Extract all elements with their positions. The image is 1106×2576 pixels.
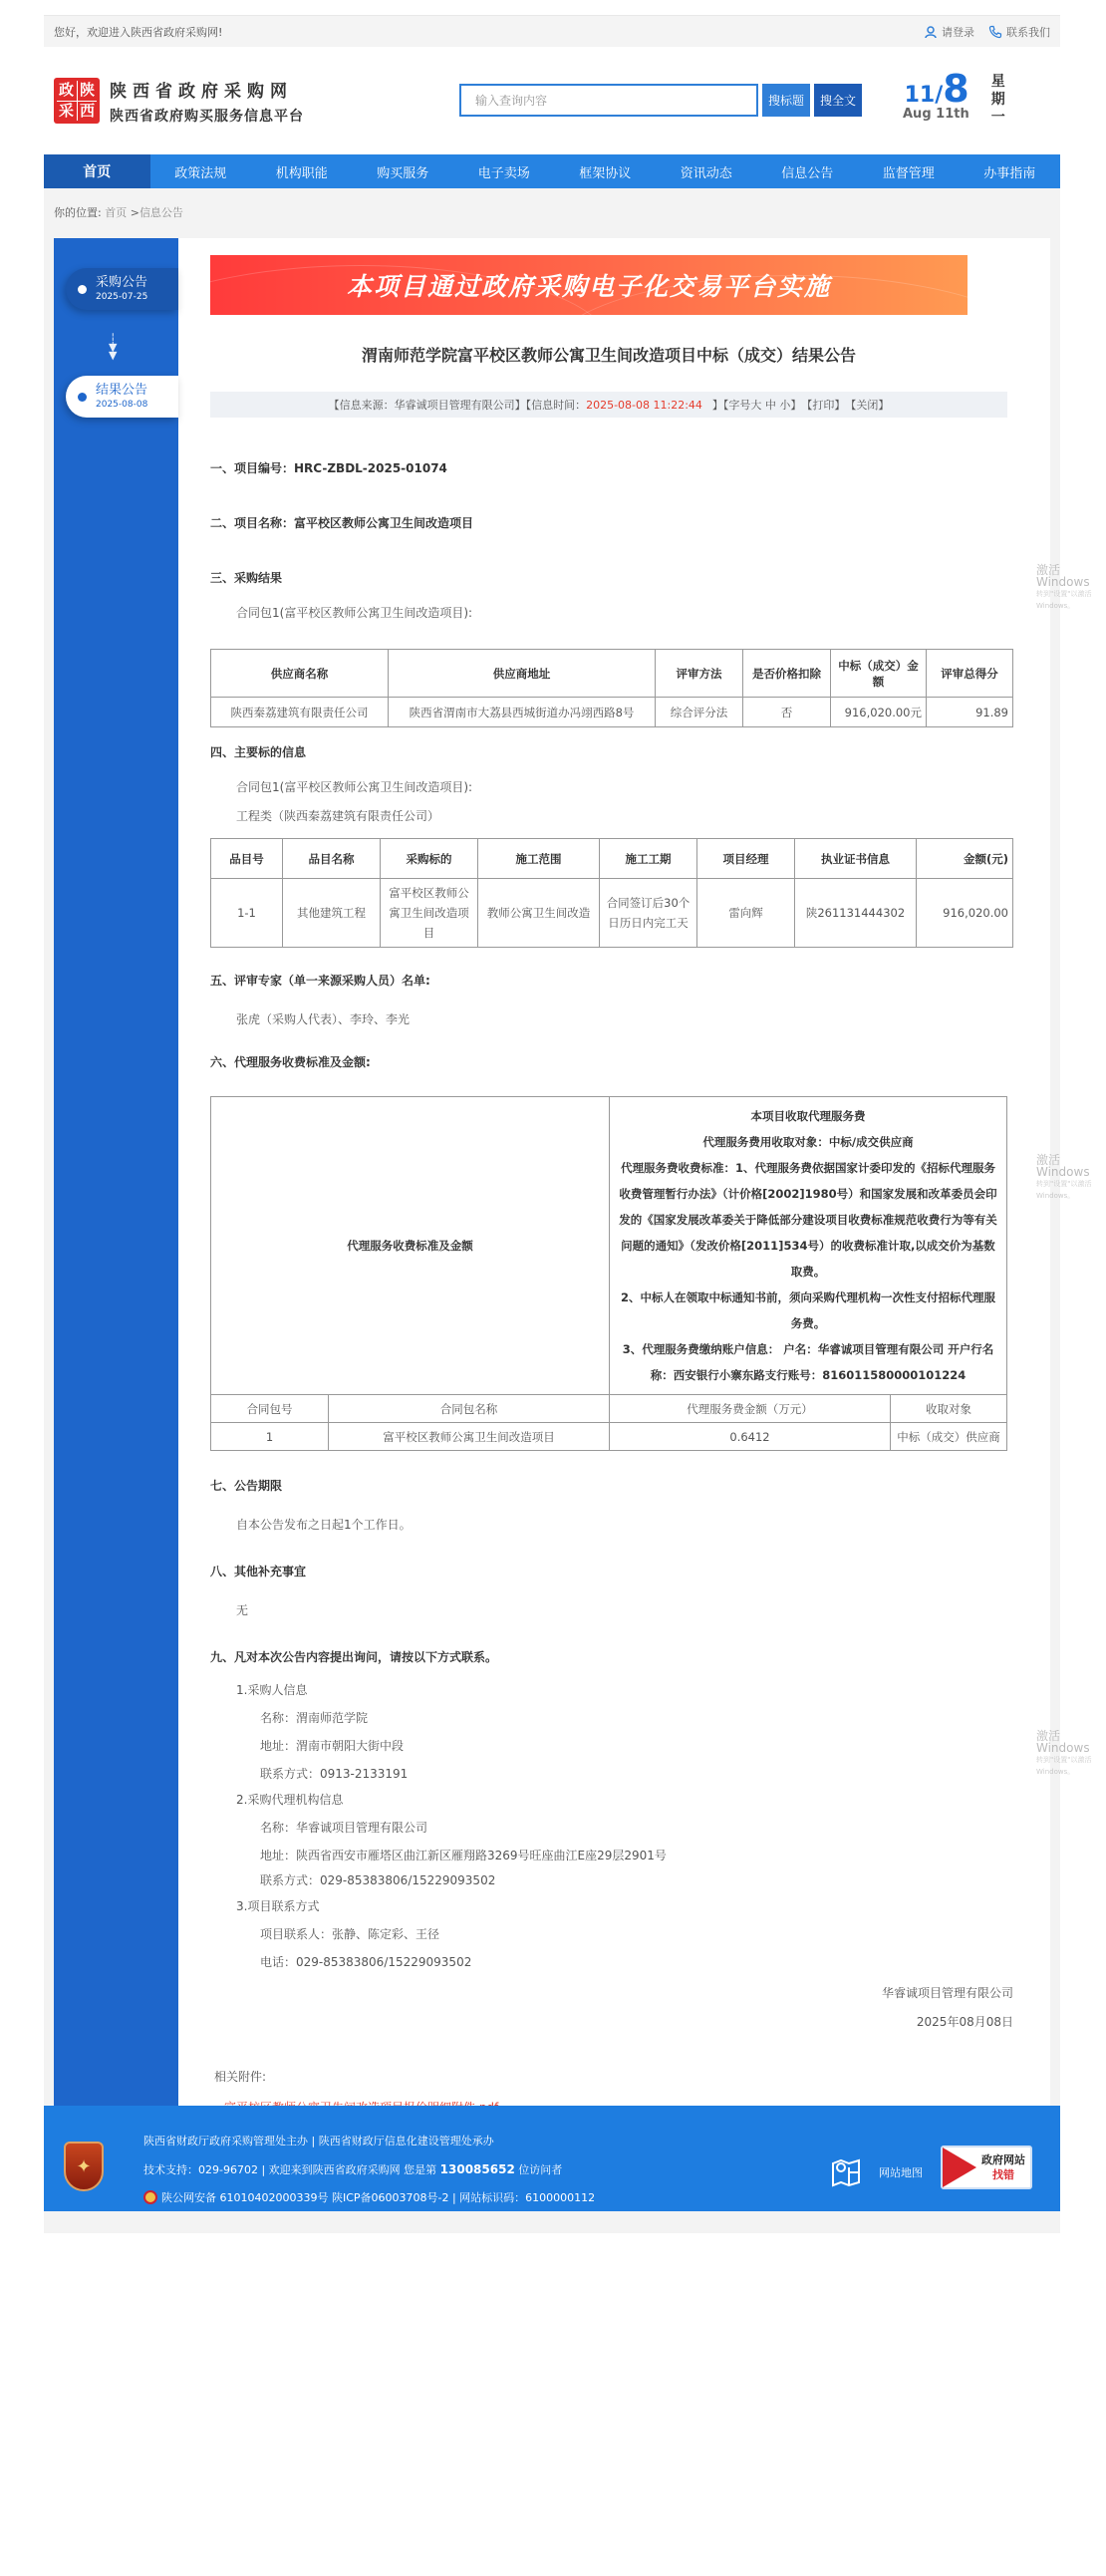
header: 政 陕 采 西 陕西省政府采购网 陕西省政府购买服务信息平台 搜标题 搜全文 1…: [44, 47, 1060, 154]
close-link[interactable]: 【关闭】: [845, 397, 889, 413]
breadcrumb-home[interactable]: 首页: [105, 206, 127, 219]
section-project-number: 一、项目编号：HRC-ZBDL-2025-01074: [210, 459, 1020, 476]
article-title: 渭南师范学院富平校区教师公寓卫生间改造项目中标（成交）结果公告: [210, 343, 1007, 366]
print-link[interactable]: 【打印】: [801, 397, 845, 413]
search-title-button[interactable]: 搜标题: [762, 84, 810, 117]
font-size-small[interactable]: 小: [779, 397, 790, 413]
content-area: 你的位置: 首页 >信息公告 采购公告 2025-07-25 ┆▼▼ 结果公告 …: [44, 188, 1060, 2233]
nav-item-functions[interactable]: 机构职能: [251, 154, 353, 188]
search-fulltext-button[interactable]: 搜全文: [814, 84, 862, 117]
gov-site-error-report-button[interactable]: 政府网站 找错: [941, 2146, 1032, 2189]
magnifier-icon: [943, 2147, 976, 2187]
site-logo[interactable]: 政 陕 采 西: [54, 78, 100, 124]
login-link[interactable]: 请登录: [924, 24, 974, 40]
main-nav: 首页 政策法规 机构职能 购买服务 电子卖场 框架协议 资讯动态 信息公告 监督…: [44, 154, 1060, 188]
notice-timeline: 采购公告 2025-07-25 ┆▼▼ 结果公告 2025-08-08: [54, 238, 178, 2107]
font-size-large[interactable]: 大: [750, 397, 761, 413]
nav-item-notices[interactable]: 信息公告: [757, 154, 859, 188]
e-platform-banner: 本项目通过政府采购电子化交易平台实施: [210, 255, 968, 315]
timeline-item-result[interactable]: 结果公告 2025-08-08: [66, 376, 178, 418]
nav-item-supervision[interactable]: 监督管理: [858, 154, 960, 188]
article: 本项目通过政府采购电子化交易平台实施 渭南师范学院富平校区教师公寓卫生间改造项目…: [178, 238, 1050, 2107]
table-row: 1 富平校区教师公寓卫生间改造项目 0.6412 中标（成交）供应商: [211, 1423, 1007, 1451]
site-title: 陕西省政府采购网: [110, 77, 304, 102]
weekday: 星 期 一: [991, 73, 1005, 127]
section-other: 八、其他补充事宜: [210, 1563, 1020, 1579]
breadcrumb: 你的位置: 首页 >信息公告: [54, 204, 1050, 226]
nav-item-policy[interactable]: 政策法规: [150, 154, 252, 188]
item-table: 品目号 品目名称 采购标的 施工范围 施工工期 项目经理 执业证书信息 金额(元…: [210, 838, 1013, 948]
user-icon: [924, 25, 938, 39]
fee-table: 代理服务收费标准及金额 本项目收取代理服务费 代理服务费用收取对象：中标/成交供…: [210, 1096, 1007, 1451]
footer: ✦ 陕西省财政厅政府采购管理处主办 | 陕西省财政厅信息化建设管理处承办 技术支…: [44, 2106, 1060, 2211]
party-gov-badge-icon[interactable]: ✦: [64, 2142, 104, 2191]
section-notice-period: 七、公告期限: [210, 1477, 1020, 1494]
search-bar: 搜标题 搜全文: [459, 84, 862, 117]
arrow-down-icon: ┆▼▼: [109, 336, 117, 360]
article-meta: 【信息来源：华睿诚项目管理有限公司】【信息时间： 2025-08-08 11:2…: [210, 392, 1007, 418]
section-agency-fee: 六、代理服务收费标准及金额:: [210, 1053, 1020, 1070]
nav-item-services[interactable]: 购买服务: [353, 154, 454, 188]
nav-item-emall[interactable]: 电子卖场: [453, 154, 555, 188]
visitor-count: 130085652: [440, 2162, 515, 2176]
publish-time: 2025-08-08 11:22:44: [586, 399, 702, 412]
welcome-text: 您好，欢迎进入陕西省政府采购网!: [54, 24, 222, 40]
contact-link[interactable]: 联系我们: [988, 24, 1050, 40]
font-size-medium[interactable]: 中: [765, 397, 776, 413]
phone-icon: [988, 25, 1002, 39]
search-input[interactable]: [459, 84, 758, 117]
nav-item-framework[interactable]: 框架协议: [555, 154, 657, 188]
police-badge-icon: [143, 2190, 157, 2204]
nav-item-news[interactable]: 资讯动态: [656, 154, 757, 188]
signature-date: 2025年08月08日: [210, 2013, 1013, 2030]
signature-company: 华睿诚项目管理有限公司: [210, 1984, 1013, 2001]
breadcrumb-current[interactable]: 信息公告: [139, 206, 183, 219]
page: 您好，欢迎进入陕西省政府采购网! 请登录 联系我们 政 陕 采 西 陕西省政府采…: [44, 15, 1060, 2233]
nav-item-guide[interactable]: 办事指南: [960, 154, 1061, 188]
bullet-icon: [78, 393, 87, 402]
site-subtitle: 陕西省政府购买服务信息平台: [110, 106, 304, 126]
date-display: 11/8 Aug 11th 星 期 一: [903, 67, 1005, 127]
map-icon: [831, 2157, 863, 2187]
sitemap-link[interactable]: 网站地图: [831, 2157, 923, 2187]
section-contact: 九、凡对本次公告内容提出询问，请按以下方式联系。: [210, 1648, 1020, 1665]
top-bar: 您好，欢迎进入陕西省政府采购网! 请登录 联系我们: [44, 15, 1060, 47]
result-table: 供应商名称 供应商地址 评审方法 是否价格扣除 中标（成交）金额 评审总得分 陕…: [210, 649, 1013, 727]
table-row: 陕西秦荔建筑有限责任公司 陕西省渭南市大荔县西城街道办冯翊西路8号 综合评分法 …: [211, 698, 1013, 727]
section-experts: 五、评审专家（单一来源采购人员）名单:: [210, 972, 1020, 989]
timeline-item-procurement[interactable]: 采购公告 2025-07-25: [66, 268, 178, 310]
table-row: 1-1 其他建筑工程 富平校区教师公寓卫生间改造项目 教师公寓卫生间改造 合同签…: [211, 879, 1013, 948]
bullet-icon: [78, 285, 87, 294]
section-procurement-result: 三、采购结果: [210, 569, 1020, 586]
nav-item-home[interactable]: 首页: [44, 154, 150, 188]
attachments-label: 相关附件:: [210, 2068, 1020, 2085]
section-main-items: 四、主要标的信息: [210, 743, 1020, 760]
section-project-name: 二、项目名称：富平校区教师公寓卫生间改造项目: [210, 514, 1020, 531]
